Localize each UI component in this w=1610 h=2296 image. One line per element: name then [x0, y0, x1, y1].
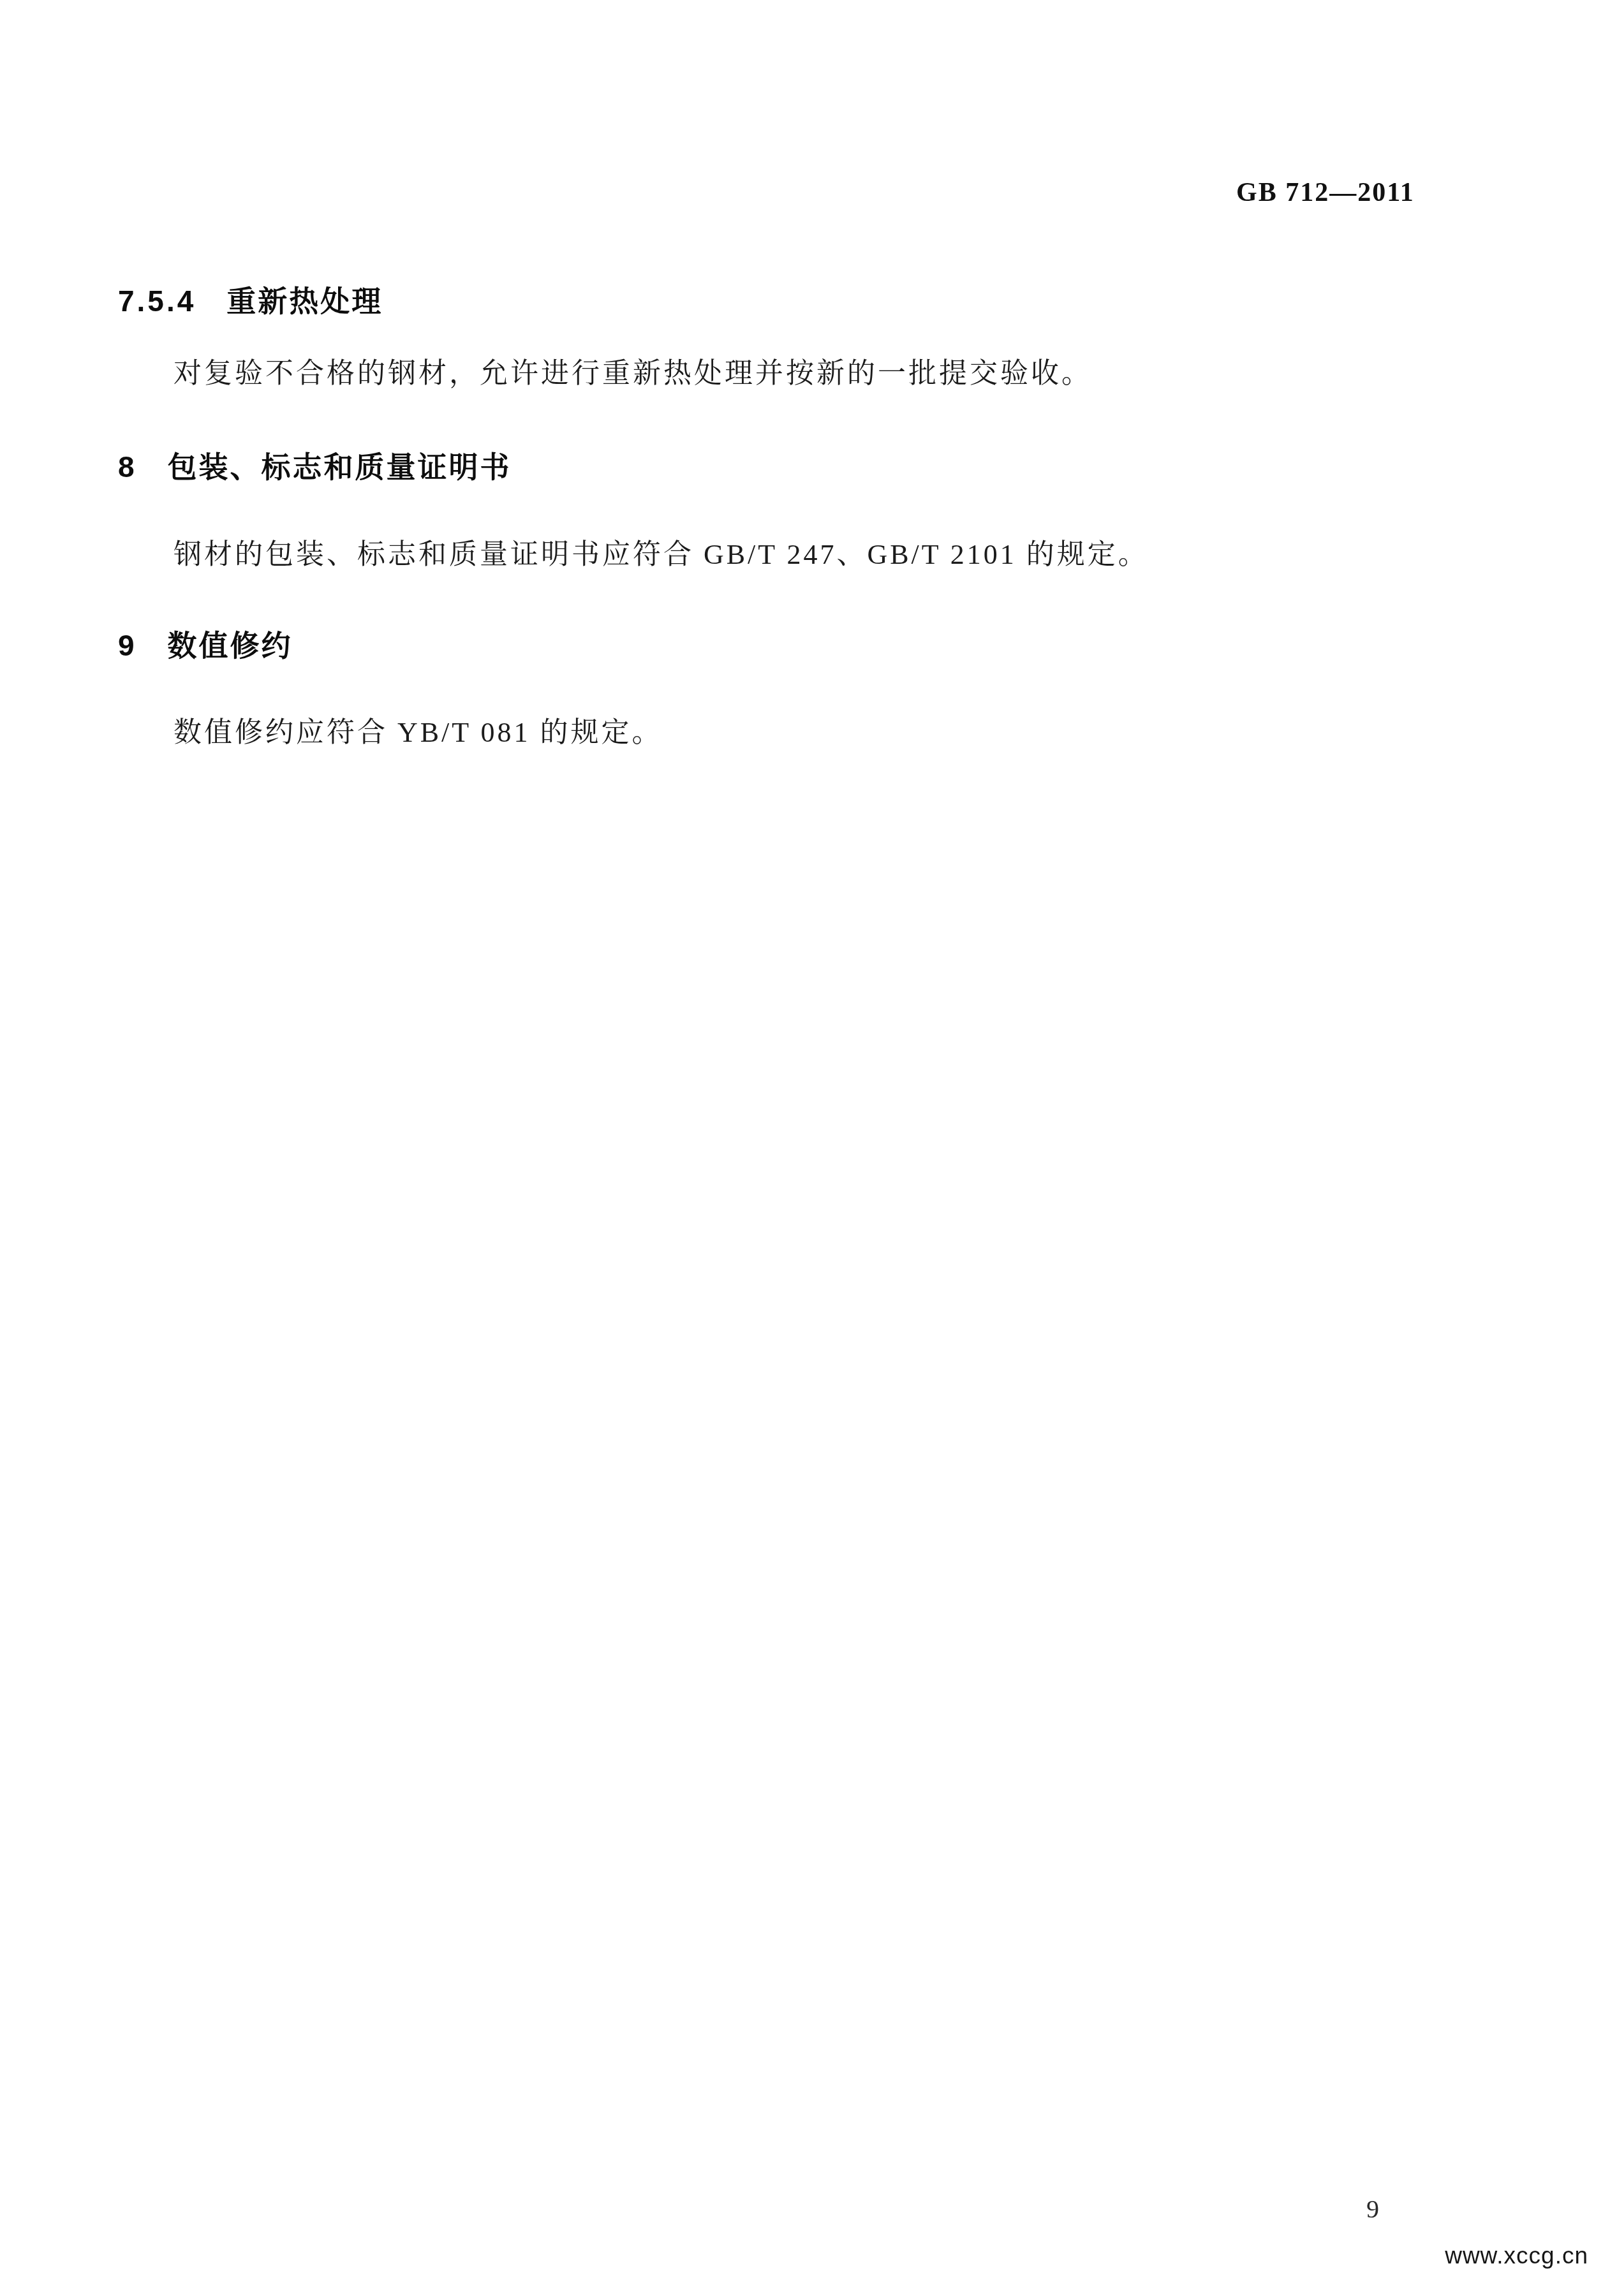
standard-code-header: GB 712—2011	[1236, 177, 1428, 208]
section-body-paragraph: 钢材的包装、标志和质量证明书应符合 GB/T 247、GB/T 2101 的规定…	[174, 531, 1149, 572]
section-number: 8	[118, 450, 137, 484]
section-title: 数值修约	[168, 629, 293, 662]
section-heading-9: 9数值修约	[118, 622, 293, 665]
document-page: GB 712—2011 7.5.4重新热处理 对复验不合格的钢材，允许进行重新热…	[0, 0, 1610, 2296]
section-number: 9	[118, 628, 137, 663]
section-title: 重新热处理	[226, 284, 383, 318]
section-body-paragraph: 数值修约应符合 YB/T 081 的规定。	[174, 709, 662, 750]
section-body-paragraph: 对复验不合格的钢材，允许进行重新热处理并按新的一批提交验收。	[174, 350, 1092, 391]
page-number: 9	[1366, 2194, 1379, 2224]
section-number: 7.5.4	[118, 284, 196, 318]
section-title: 包装、标志和质量证明书	[168, 450, 512, 483]
section-heading-8: 8包装、标志和质量证明书	[118, 444, 512, 486]
watermark: www.xccg.cn	[1445, 2242, 1588, 2269]
section-heading-7-5-4: 7.5.4重新热处理	[118, 278, 383, 320]
